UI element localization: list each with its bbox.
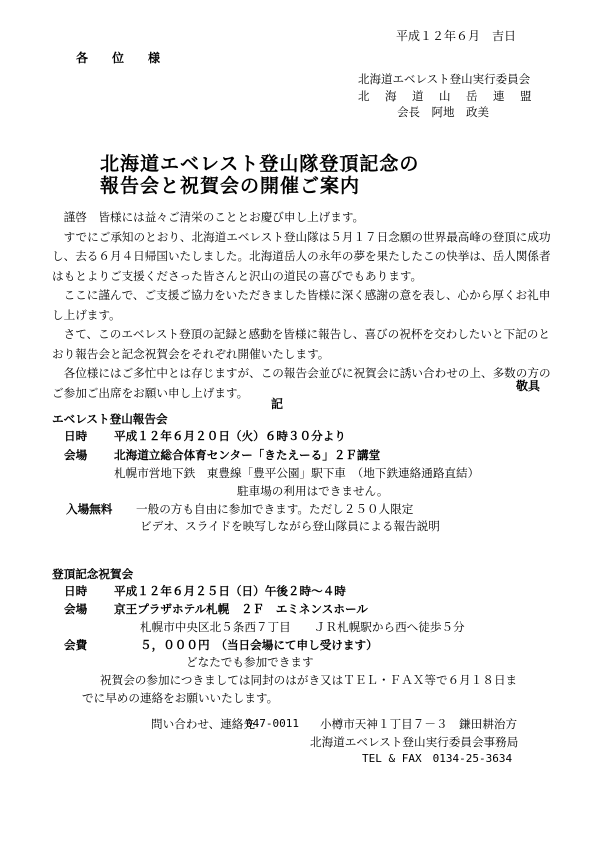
sender-organization: 北海道エベレスト登山実行委員会 xyxy=(358,71,530,87)
report-meeting-heading: エベレスト登山報告会 xyxy=(52,411,168,427)
report-datetime-value: 平成１２年６月２０日（火）６時３０分より xyxy=(114,428,346,444)
report-venue-value: 北海道立総合体育センター「きたえーる」２Ｆ講堂 xyxy=(114,447,380,463)
document-title-line2: 報告会と祝賀会の開催ご案内 xyxy=(100,175,360,197)
document-title-line1: 北海道エベレスト登山隊登頂記念の xyxy=(100,153,419,175)
invitation-paragraph: 各位様にはご多忙中とは存じますが、この報告会並びに祝賀会に誘い合わせの上、多数の… xyxy=(52,364,552,403)
sender-name: 会長 阿地 政美 xyxy=(397,104,489,120)
report-access: 札幌市営地下鉄 東豊線「豊平公園」駅下車 （地下鉄連絡通路直結） xyxy=(114,465,479,481)
celebration-datetime-label: 日時 xyxy=(64,583,87,599)
celebration-venue-value: 京王プラザホテル札幌 ２Ｆ エミネンスホール xyxy=(114,601,368,617)
announcement-paragraph: すでにご承知のとおり、北海道エベレスト登山隊は５月１７日念願の世界最高峰の登頂に… xyxy=(52,228,552,287)
ki-marker: 記 xyxy=(271,396,283,412)
contact-office: 北海道エベレスト登山実行委員会事務局 xyxy=(310,734,518,750)
contact-address: 小樽市天神１丁目７－３ 鎌田耕治方 xyxy=(320,716,517,732)
letter-body: 謹啓 皆様には益々ご清栄のこととお慶び申し上げます。 すでにご承知のとおり、北海… xyxy=(52,208,552,403)
contact-label: 問い合わせ、連絡先 xyxy=(151,716,255,732)
celebration-fee-label: 会費 xyxy=(64,637,87,653)
report-admission-value: 一般の方も自由に参加できます。ただし２５０人限定 xyxy=(136,501,413,517)
celebration-rsvp-note-line2: でに早めの連絡をお願いいたします。 xyxy=(82,690,278,706)
event-paragraph: さて、このエベレスト登頂の記録と感動を皆様に報告し、喜びの祝杯を交わしたいと下記… xyxy=(52,325,552,364)
report-admission-label: 入場無料 xyxy=(66,501,112,517)
report-venue-label: 会場 xyxy=(64,447,87,463)
document-date: 平成１２年６月 吉日 xyxy=(396,28,516,44)
report-parking-note: 駐車場の利用はできません。 xyxy=(237,483,388,499)
celebration-heading: 登頂記念祝賀会 xyxy=(52,566,133,582)
celebration-rsvp-note-line1: 祝賀会の参加につきましては同封のはがき又はＴＥＬ・ＦＡＸ等で６月１８日ま xyxy=(100,672,517,688)
thanks-paragraph: ここに謹んで、ご支援ご協力をいただきました皆様に深く感謝の意を表し、心から厚くお… xyxy=(52,286,552,325)
celebration-address: 札幌市中央区北５条西７丁目 ＪＲ札幌駅から西へ徒歩５分 xyxy=(140,619,465,635)
closing-keigu: 敬具 xyxy=(516,378,540,394)
contact-postal-code: 047-0011 xyxy=(246,716,299,732)
greeting-paragraph: 謹啓 皆様には益々ご清栄のこととお慶び申し上げます。 xyxy=(52,208,552,228)
celebration-venue-label: 会場 xyxy=(64,601,87,617)
celebration-datetime-value: 平成１２年６月２５日（日）午後２時～４時 xyxy=(114,583,346,599)
report-program: ビデオ、スライドを映写しながら登山隊員による報告説明 xyxy=(140,518,440,534)
addressee: 各 位 様 xyxy=(76,50,160,66)
contact-tel-fax: TEL & FAX 0134-25-3634 xyxy=(362,751,512,767)
report-datetime-label: 日時 xyxy=(64,428,87,444)
celebration-anyone-note: どなたでも参加できます xyxy=(186,654,314,670)
sender-federation: 北 海 道 山 岳 連 盟 xyxy=(358,88,534,104)
celebration-fee-value: ５，０００円 （当日会場にて申し受けます） xyxy=(140,637,378,653)
